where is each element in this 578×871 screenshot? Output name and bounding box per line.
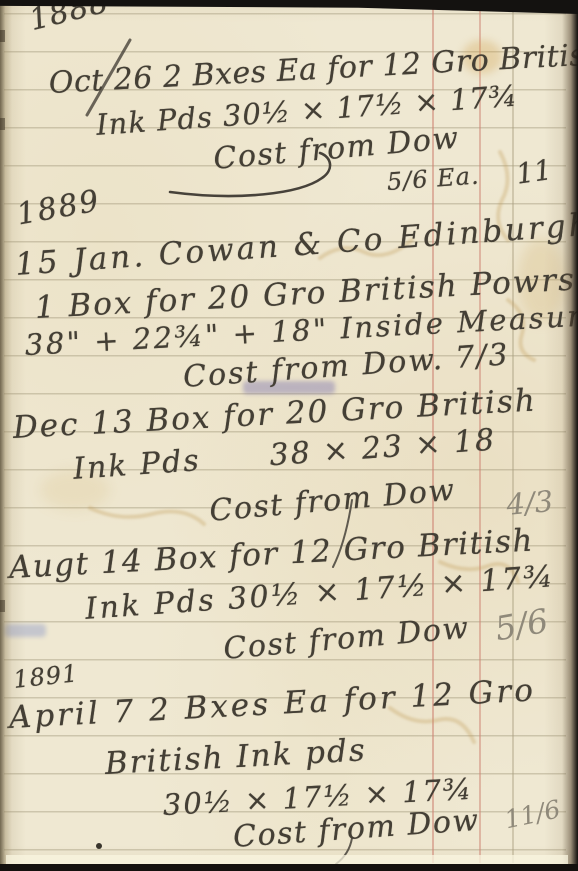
entry1-quantity: 11 [514, 153, 554, 191]
margin-rule-faint [512, 0, 514, 863]
ledger-page: 1888 Oct 26 2 Bxes Ea for 12 Gro British… [0, 0, 578, 871]
entry3-price: 4/3 [505, 484, 554, 522]
